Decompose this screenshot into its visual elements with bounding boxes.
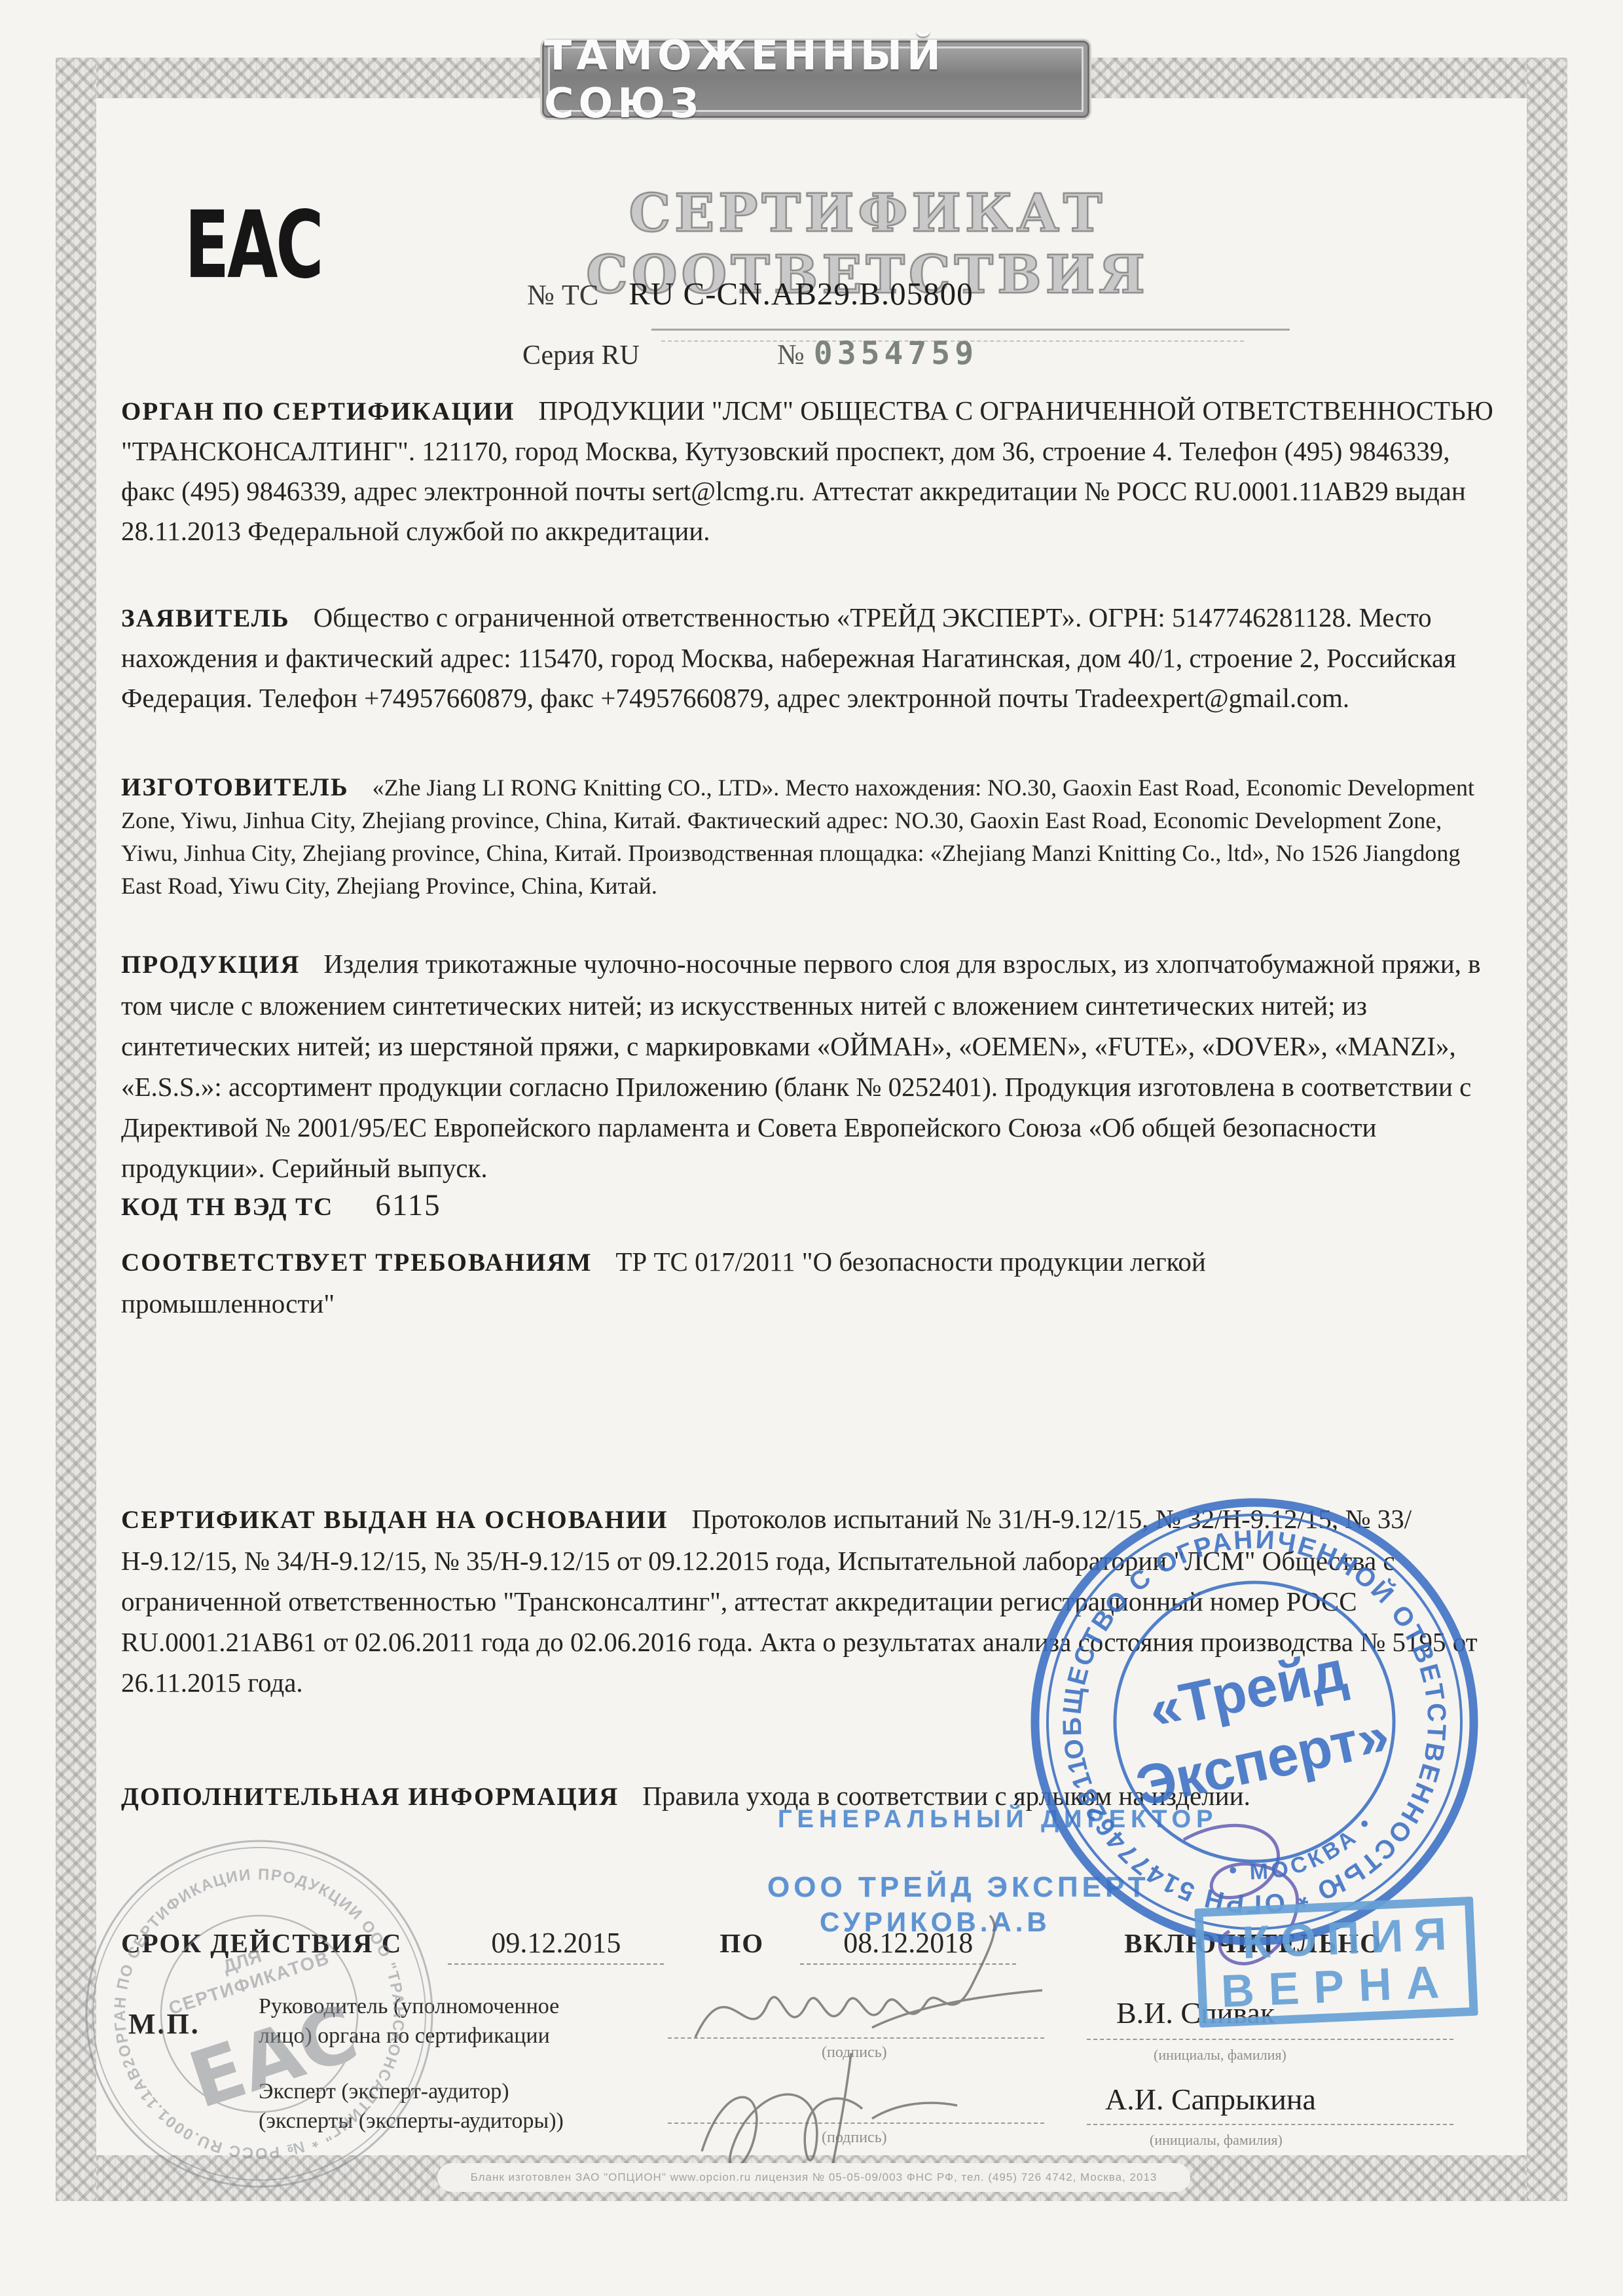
blank-print-info: Бланк изготовлен ЗАО "ОПЦИОН" www.opcion… bbox=[437, 2163, 1190, 2192]
customs-union-banner-label: ТАМОЖЕННЫЙ СОЮЗ bbox=[544, 31, 1087, 127]
section-applicant: ЗАЯВИТЕЛЬОбщество с ограниченной ответст… bbox=[121, 598, 1499, 718]
series-row: Серия RU№0354759 bbox=[522, 335, 978, 372]
section-issued-basis-label: СЕРТИФИКАТ ВЫДАН НА ОСНОВАНИИ bbox=[121, 1506, 668, 1534]
section-applicant-label: ЗАЯВИТЕЛЬ bbox=[121, 604, 290, 632]
expert-name-caption: (инициалы, фамилия) bbox=[1150, 2132, 1283, 2149]
section-manufacturer-label: ИЗГОТОВИТЕЛЬ bbox=[121, 773, 349, 801]
section-requirements-label: СООТВЕТСТВУЕТ ТРЕБОВАНИЯМ bbox=[121, 1248, 592, 1277]
border-right bbox=[1527, 58, 1567, 2201]
certificate-page: ТАМОЖЕННЫЙ СОЮЗ ЕАС СЕРТИФИКАТ СООТВЕТСТ… bbox=[0, 0, 1623, 2296]
expert-name-line bbox=[1087, 2124, 1453, 2125]
validity-from-date: 09.12.2015 bbox=[448, 1926, 664, 1965]
expert-name: А.И. Сапрыкина bbox=[1105, 2082, 1316, 2117]
copy-verna-stamp: КОПИЯ ВЕРНА bbox=[1194, 1897, 1478, 2028]
section-requirements: СООТВЕТСТВУЕТ ТРЕБОВАНИЯМТР ТС 017/2011 … bbox=[121, 1241, 1273, 1324]
section-tnved-code: КОД ТН ВЭД ТС6115 bbox=[121, 1186, 1499, 1227]
section-applicant-text: Общество с ограниченной ответственностью… bbox=[121, 602, 1456, 713]
section-manufacturer: ИЗГОТОВИТЕЛЬ«Zhe Jiang LI RONG Knitting … bbox=[121, 771, 1499, 902]
series-number: 0354759 bbox=[814, 335, 978, 372]
head-name-line bbox=[1087, 2039, 1453, 2040]
section-products: ПРОДУКЦИЯИзделия трикотажные чулочно-нос… bbox=[121, 943, 1499, 1188]
section-products-label: ПРОДУКЦИЯ bbox=[121, 951, 300, 979]
series-number-prefix: № bbox=[777, 338, 805, 371]
cert-number-label: № ТС bbox=[527, 279, 598, 311]
customs-union-banner: ТАМОЖЕННЫЙ СОЮЗ bbox=[542, 41, 1089, 118]
section-products-text: Изделия трикотажные чулочно-носочные пер… bbox=[121, 949, 1481, 1183]
cert-number-row: № ТСRU C-CN.АВ29.В.05800 bbox=[527, 275, 974, 312]
section-certification-body: ОРГАН ПО СЕРТИФИКАЦИИПРОДУКЦИИ "ЛСМ" ОБЩ… bbox=[121, 391, 1499, 551]
section-tnved-code-label: КОД ТН ВЭД ТС bbox=[121, 1193, 333, 1221]
eac-stamp-center: ЕАС bbox=[179, 1988, 368, 2126]
copy-stamp-line2: ВЕРНА bbox=[1205, 1956, 1469, 2016]
eac-logo: ЕАС bbox=[185, 191, 321, 299]
section-certification-body-label: ОРГАН ПО СЕРТИФИКАЦИИ bbox=[121, 397, 515, 426]
series-label: Серия RU bbox=[522, 340, 640, 371]
cert-number-underline bbox=[651, 329, 1290, 331]
cert-number-value: RU C-CN.АВ29.В.05800 bbox=[629, 276, 973, 312]
section-tnved-code-value: 6115 bbox=[375, 1188, 441, 1222]
head-name-caption: (инициалы, фамилия) bbox=[1154, 2047, 1286, 2064]
